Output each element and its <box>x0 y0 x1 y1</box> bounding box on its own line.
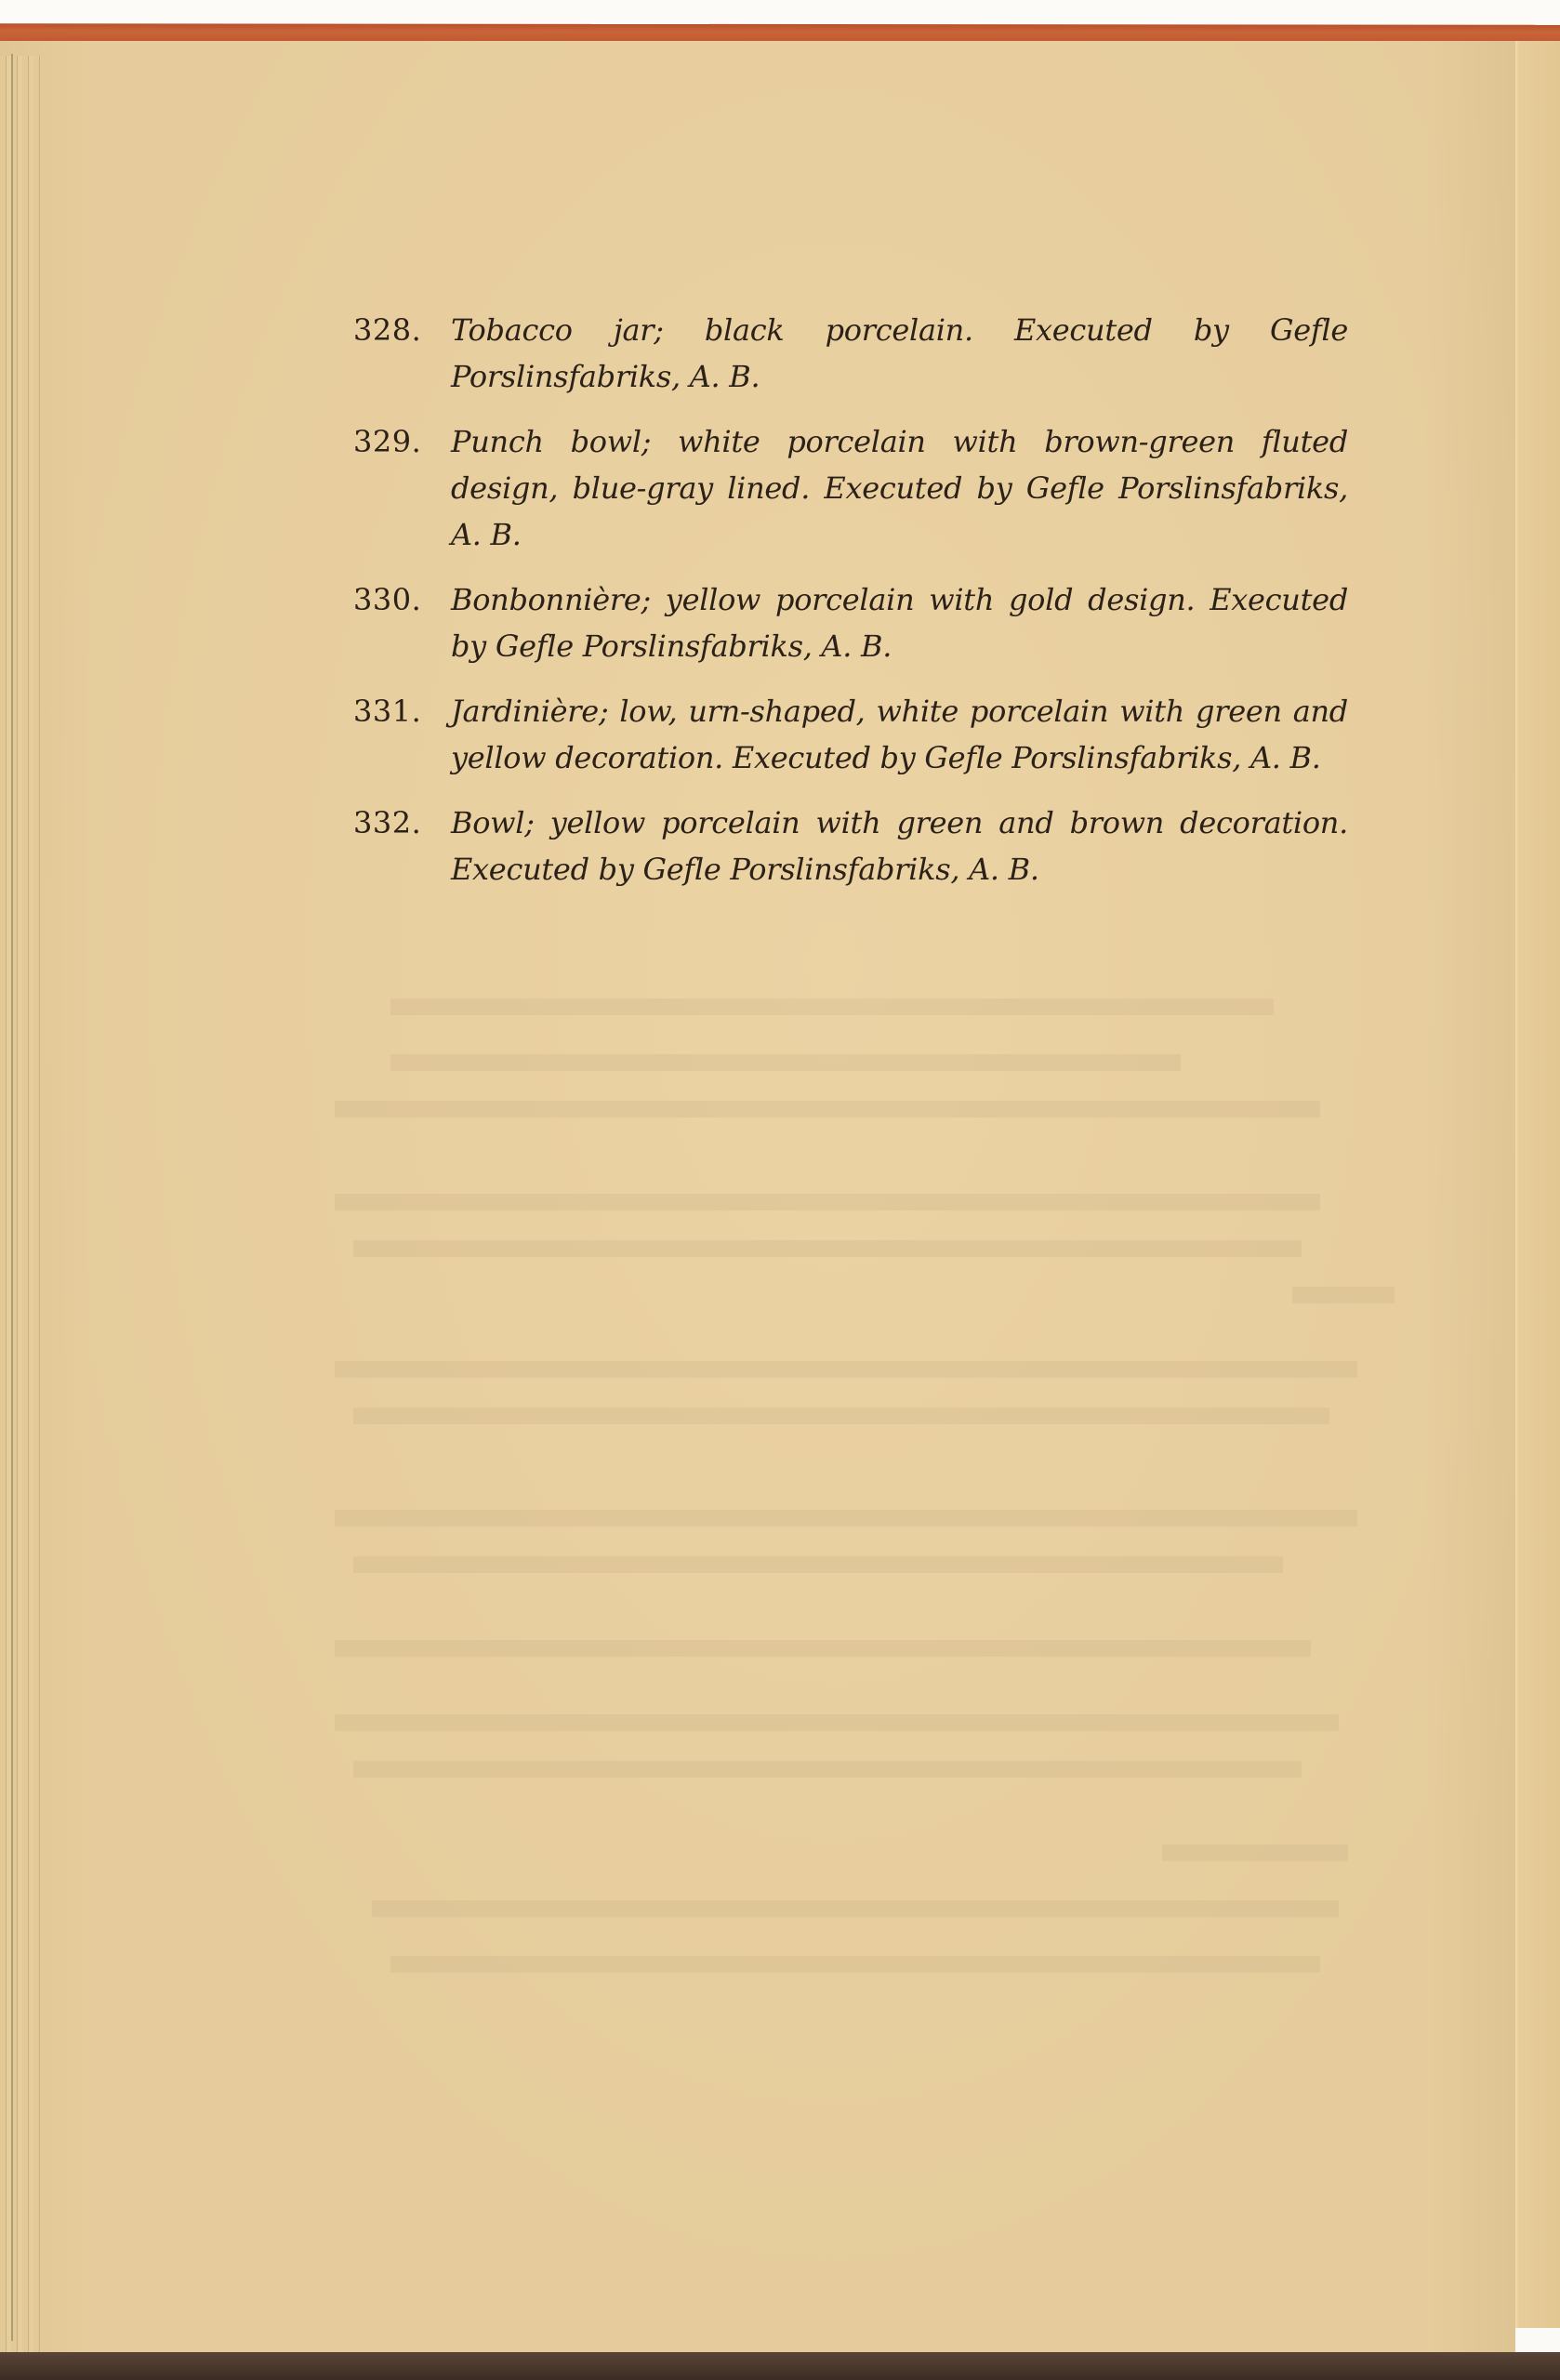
bleed-through <box>335 1714 1339 1731</box>
entry-number: 328. <box>353 307 421 353</box>
entry-text: Bowl; yellow porcelain with green and br… <box>451 800 1348 892</box>
entry-number: 332. <box>353 800 421 846</box>
catalog-entry: 331. Jardinière; low, urn-shaped, white … <box>353 688 1348 781</box>
scanner-bed <box>0 2352 1560 2380</box>
page-fold-line <box>11 54 13 2341</box>
entry-text: Jardinière; low, urn-shaped, white porce… <box>451 688 1348 781</box>
bleed-through <box>335 1194 1320 1210</box>
catalog-entries: 328. Tobacco jar; black porcelain. Execu… <box>353 307 1348 911</box>
bleed-through <box>353 1761 1302 1778</box>
bleed-through <box>335 1361 1357 1378</box>
bleed-through <box>372 1900 1339 1917</box>
catalog-entry: 332. Bowl; yellow porcelain with green a… <box>353 800 1348 892</box>
bleed-through <box>353 1408 1329 1424</box>
facing-page-edge <box>1515 41 1560 2328</box>
page-stack-edge <box>0 56 41 2352</box>
entry-text: Bonbonnière; yellow porcelain with gold … <box>451 576 1348 669</box>
bleed-through <box>390 998 1274 1015</box>
scan-background <box>0 0 1560 24</box>
entry-text: Tobacco jar; black porcelain. Executed b… <box>451 307 1348 400</box>
bleed-through <box>353 1240 1302 1257</box>
bleed-through <box>1292 1287 1395 1303</box>
bleed-through <box>390 1956 1320 1973</box>
bleed-through <box>1162 1844 1348 1861</box>
bleed-through <box>335 1510 1357 1527</box>
bleed-through <box>335 1640 1311 1657</box>
catalog-entry: 329. Punch bowl; white porcelain with br… <box>353 418 1348 558</box>
catalog-entry: 328. Tobacco jar; black porcelain. Execu… <box>353 307 1348 400</box>
entry-number: 329. <box>353 418 421 465</box>
entry-text: Punch bowl; white porcelain with brown-g… <box>451 418 1348 558</box>
catalog-entry: 330. Bonbonnière; yellow porcelain with … <box>353 576 1348 669</box>
entry-number: 331. <box>353 688 421 734</box>
entry-number: 330. <box>353 576 421 623</box>
bleed-through <box>390 1054 1181 1071</box>
bleed-through <box>335 1101 1320 1117</box>
bleed-through <box>353 1556 1283 1573</box>
